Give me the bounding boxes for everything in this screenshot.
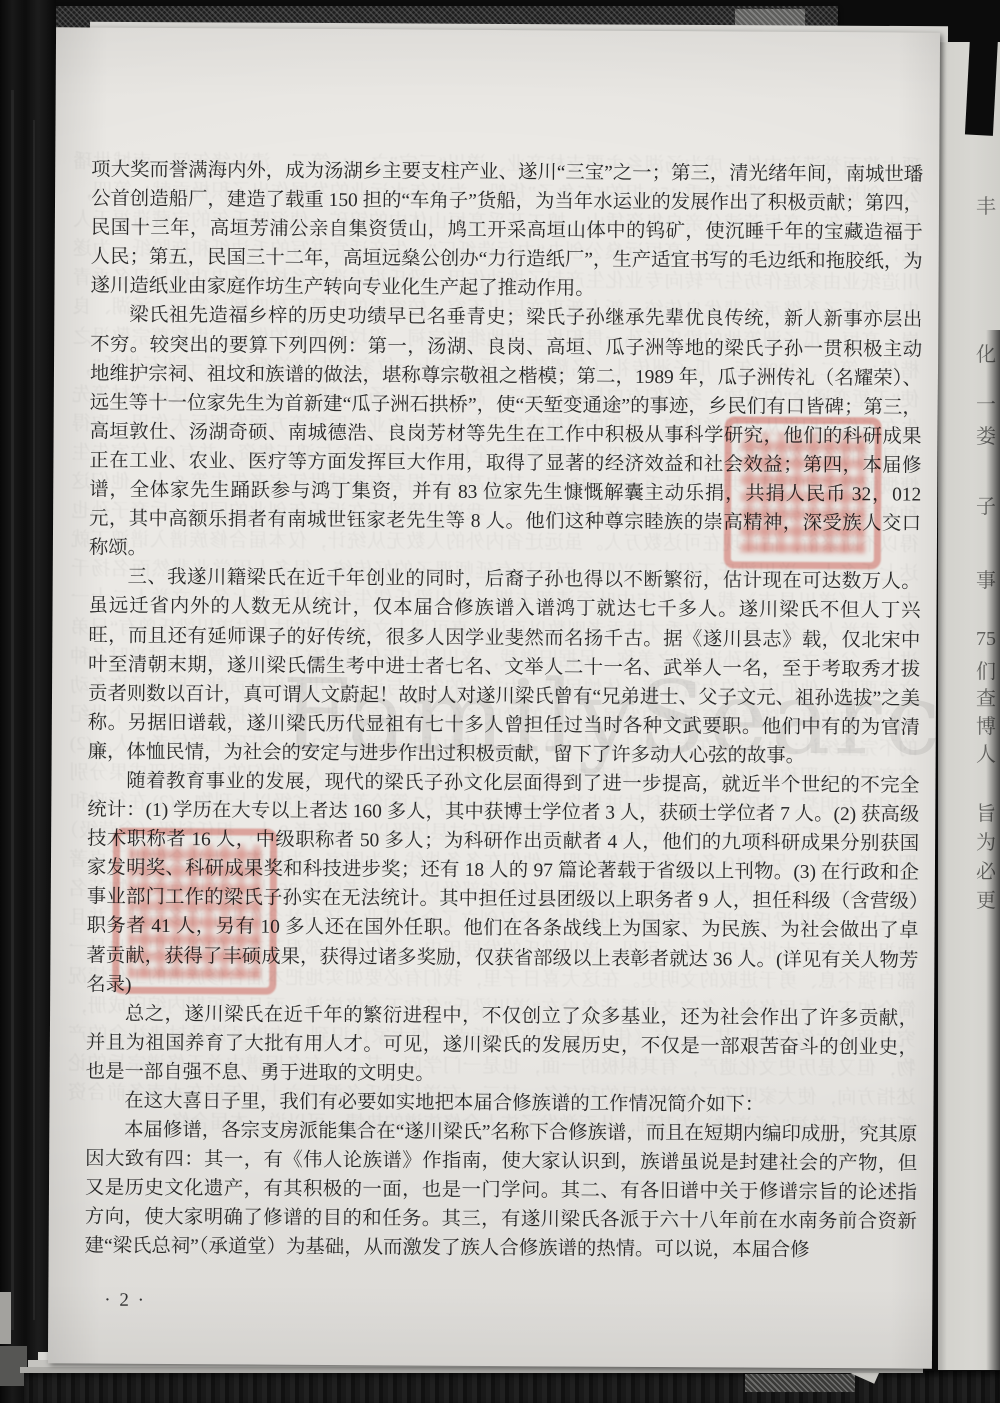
seal-glyph-texture [128, 844, 261, 979]
book-spine-shadow [0, 0, 56, 1403]
red-seal-stamp [112, 828, 277, 995]
paragraph: 总之，遂川梁氏在近千年的繁衍进程中，不仅创立了众多基业，还为社会作出了许多贡献，… [86, 999, 919, 1091]
document-text: 项大奖而誉满海内外，成为汤湖乡主要支柱产业、遂川“三宝”之一；第三，清光绪年间，… [49, 27, 941, 1266]
spine-streak [33, 120, 35, 1320]
paragraph: 项大奖而誉满海内外，成为汤湖乡主要支柱产业、遂川“三宝”之一；第三，清光绪年间，… [90, 156, 923, 307]
red-seal-stamp [724, 416, 882, 569]
paragraph: 三、我遂川籍梁氏在近千年创业的同时，后裔子孙也得以不断繁衍，估计现在可达数万人。… [88, 563, 921, 772]
paragraph: 本届修谱，各宗支房派能集合在“遂川梁氏”名称下合修族谱，而且在短期内编印成册，究… [85, 1116, 918, 1267]
partial-character: 丰 [976, 190, 1000, 219]
gutter-shadow [986, 330, 1000, 1370]
seal-glyph-texture [740, 433, 866, 554]
sheet-edge [20, 1367, 923, 1373]
page-number: · 2 · [104, 1290, 146, 1312]
spine-streak [11, 90, 14, 1330]
page-edge-artifact [0, 1292, 11, 1344]
binding-texture-patch [745, 1374, 855, 1392]
page-edge-artifact [0, 1346, 27, 1386]
scanned-page: 项大奖而誉满海内外，成为汤湖乡主要支柱产业、遂川“三宝”之一；第三，清光绪年间，… [48, 27, 940, 1368]
